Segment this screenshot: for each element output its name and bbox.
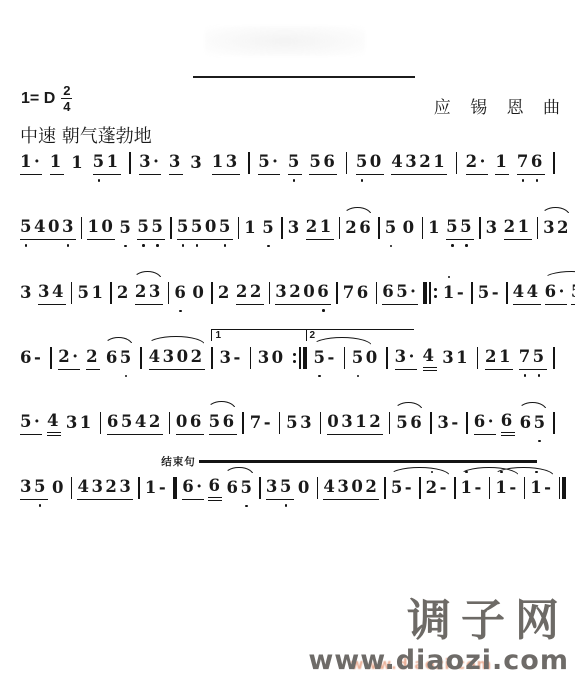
composer-credit: 应 锡 恩 曲 [434, 93, 567, 118]
barline [537, 217, 539, 239]
barline [336, 282, 338, 304]
low-octave-dot [125, 375, 128, 378]
note-token: 0 [298, 477, 312, 499]
bar-thin [376, 282, 378, 304]
barline [259, 477, 261, 499]
low-octave-dot [322, 309, 325, 312]
note-digit: 3 [275, 281, 289, 303]
note-digit: · [409, 346, 417, 368]
note-digit: 2 [306, 216, 320, 238]
note-digit: - [328, 347, 337, 369]
note-digit: 3 [190, 152, 204, 174]
tie-arc [518, 402, 547, 411]
barline [454, 477, 456, 499]
note-digit: 6 [20, 347, 34, 369]
bar-thin [250, 347, 252, 369]
note-digit: · [72, 346, 80, 368]
note-token: 1- [461, 477, 484, 499]
barline [339, 217, 341, 239]
note-digit: 0 [298, 477, 312, 499]
barline [386, 347, 388, 369]
note-digit: 0 [192, 282, 206, 304]
note-digit: 2 [369, 411, 383, 433]
note-digit: 3 [288, 217, 302, 239]
note-digit: 7 [343, 282, 357, 304]
note-token: 32 [543, 217, 571, 239]
note-digit: 5 [93, 151, 107, 173]
note-digit: - [440, 477, 449, 499]
note-token: 26 [345, 217, 373, 239]
bar-thin [168, 282, 170, 304]
low-octave-dot [124, 245, 127, 248]
barline [269, 282, 271, 304]
note-token: 30 [258, 347, 286, 369]
bar-thin [346, 152, 348, 174]
coda-label: 结束句 [161, 454, 537, 469]
note-digit: 3 [543, 217, 557, 239]
note-digit: 5 [137, 216, 151, 238]
repeat-dots [434, 288, 437, 298]
note-token: 1 [50, 151, 64, 174]
barline [384, 477, 386, 499]
barline [169, 412, 171, 434]
note-token: 0 [403, 217, 417, 239]
note-digit: 1 [50, 151, 64, 173]
bar-thin [71, 477, 73, 499]
bar-thin [100, 412, 102, 434]
note-digit: 3 [226, 151, 240, 173]
barline [211, 282, 213, 304]
meter-numerator: 2 [61, 84, 72, 99]
bar-thin [110, 282, 112, 304]
time-signature: 2 4 [61, 84, 72, 113]
note-digit: 3 [442, 347, 456, 369]
note-token: 1 [495, 151, 509, 174]
note-token: 76 [517, 151, 545, 174]
bar-thin [344, 347, 346, 369]
note-digit: 4 [149, 346, 163, 368]
note-digit: 5 [288, 151, 302, 173]
low-octave-dot [538, 440, 541, 443]
note-digit: · [410, 281, 418, 303]
note-token: 3-1 [219, 347, 242, 369]
low-octave-dot [451, 244, 454, 247]
note-digit: 2 [504, 216, 518, 238]
tie-arc [207, 401, 236, 410]
note-digit: - [492, 282, 501, 304]
note-digit: · [272, 151, 280, 173]
sheet-music-page: 1= D 2 4 应 锡 恩 曲 中速 朝气蓬勃地 1·11513·33135·… [0, 0, 575, 678]
low-octave-dot [522, 179, 525, 182]
note-digit: 5 [177, 216, 191, 238]
note-token: 2· [466, 151, 488, 174]
note-token: 4302 [149, 346, 205, 369]
barline [553, 347, 555, 369]
barline [477, 347, 479, 369]
note-digit: 0 [48, 216, 62, 238]
note-token: 3· [395, 346, 417, 369]
note-digit: 7 [519, 346, 533, 368]
barline [479, 217, 481, 239]
note-token: 65 [106, 347, 134, 369]
note-digit: 5 [478, 282, 492, 304]
note-digit: 1 [433, 151, 447, 173]
tie-arc [133, 271, 162, 280]
note-token: 5 [119, 217, 133, 239]
repeat-dot [434, 288, 437, 291]
note-token: 3 [190, 152, 204, 174]
note-token: 44 [513, 281, 541, 304]
note-token: 50 [352, 347, 380, 369]
note-digit: 5 [309, 151, 323, 173]
title-underline [193, 76, 415, 78]
note-token: 2- [426, 477, 449, 499]
low-octave-dot [536, 179, 539, 182]
note-digit: 5 [460, 216, 474, 238]
bar-thin [384, 477, 386, 499]
note-token: 2· [58, 346, 80, 369]
bar-thin [317, 477, 319, 499]
note-digit: 4 [77, 476, 91, 498]
barline [129, 152, 131, 174]
watermark: 调子网 www.diaozi.com www.diaozi.com [308, 597, 569, 676]
bar-thin [248, 152, 250, 174]
low-octave-dot [179, 310, 182, 313]
low-octave-dot [390, 245, 393, 248]
note-digit: 5 [571, 281, 575, 303]
note-digit: 1 [461, 477, 475, 499]
note-token: 65 [226, 477, 254, 499]
note-token: 3206 [275, 281, 331, 304]
note-token: 1- [530, 477, 553, 499]
note-digit: 2 [149, 411, 163, 433]
note-token: 3 [169, 151, 183, 174]
note-digit: 6 [174, 282, 188, 304]
note-digit: 1 [71, 152, 85, 174]
low-octave-dot [196, 244, 199, 247]
note-digit: 3 [219, 347, 233, 369]
note-token: 6· [182, 476, 204, 499]
note-digit: · [196, 476, 204, 498]
repeat-dots [293, 353, 296, 363]
note-digit: 3 [437, 412, 451, 434]
note-token: 34 [38, 281, 66, 304]
note-token: 5403 [20, 216, 76, 239]
note-token: 21 [306, 216, 334, 239]
note-digit: 5 [385, 217, 399, 239]
barline [211, 347, 213, 369]
note-digit: 0 [52, 477, 66, 499]
bar-thin [378, 217, 380, 239]
note-digit: 3 [266, 476, 280, 498]
note-digit: - [34, 347, 43, 369]
barline [138, 477, 140, 499]
note-digit: 5 [258, 151, 272, 173]
barline [100, 412, 102, 434]
note-token: 1 [244, 217, 258, 239]
bar-thick [303, 347, 307, 369]
barline [140, 347, 142, 369]
note-digit: 1 [244, 217, 258, 239]
barline [376, 282, 378, 304]
tie-arc [543, 271, 575, 280]
note-token: 2 [117, 282, 131, 304]
barline [71, 282, 73, 304]
barline [378, 217, 380, 239]
bar-thin [456, 152, 458, 174]
note-digit: 5 [120, 347, 134, 369]
note-digit: 4 [47, 410, 61, 432]
note-digit: 2 [86, 346, 100, 368]
note-token: 65· [382, 281, 418, 304]
note-digit: - [509, 477, 518, 499]
note-digit: 2 [191, 346, 205, 368]
note-digit: 4 [52, 281, 66, 303]
bar-thin [279, 412, 281, 434]
bar-thin [553, 412, 555, 434]
note-token: 1- [495, 477, 518, 499]
note-token: 6 [208, 475, 222, 501]
note-digit: · [34, 411, 42, 433]
bar-thin [140, 347, 142, 369]
repeat-dot [293, 353, 296, 356]
high-octave-dot [448, 276, 451, 279]
note-digit: 7 [517, 151, 531, 173]
note-token: 55 [446, 216, 474, 239]
note-digit: 4 [391, 151, 405, 173]
note-digit: 5 [534, 412, 548, 434]
note-digit: 5 [396, 281, 410, 303]
note-digit: 1 [80, 412, 94, 434]
music-line: 5·431654206567-530312563-6·665 [18, 410, 558, 436]
barline [346, 152, 348, 174]
music-line: 54031055555051532126501553213220 [18, 215, 558, 241]
note-token: 5- [478, 282, 501, 304]
bar-thick [173, 477, 177, 499]
note-digit: 3 [38, 281, 52, 303]
note-digit: 6 [106, 347, 120, 369]
coda-label-text: 结束句 [161, 454, 196, 469]
note-token: 23 [135, 281, 163, 304]
bar-thin [138, 477, 140, 499]
volta-bracket: 1 [211, 329, 319, 341]
note-token: 4302 [323, 476, 379, 499]
note-token: 21 [485, 346, 513, 369]
note-digit: 3 [395, 346, 409, 368]
note-token: 31 [442, 347, 470, 369]
barline [170, 217, 172, 239]
note-digit: 6 [317, 281, 331, 303]
note-token: 5 [385, 217, 399, 239]
music-line: 1·11513·33135·5565043212·176 [18, 150, 558, 176]
low-octave-dot [25, 244, 28, 247]
key-tonic: 1= D [21, 90, 55, 108]
note-token: 4323 [77, 476, 133, 499]
bar-thin [429, 282, 431, 304]
bar-thin [211, 282, 213, 304]
meter-denominator: 4 [63, 99, 70, 113]
note-token: 1· [20, 151, 42, 174]
barline [320, 412, 322, 434]
note-digit: 1 [518, 216, 532, 238]
note-digit: 0 [303, 281, 317, 303]
barline [110, 282, 112, 304]
barline [279, 412, 281, 434]
barline [81, 217, 83, 239]
bar-thin [466, 412, 468, 434]
note-token: 5 [262, 217, 276, 239]
note-digit: 2 [289, 281, 303, 303]
note-digit: 1 [495, 477, 509, 499]
note-token: 6· [545, 281, 567, 304]
bar-thin [430, 412, 432, 434]
low-octave-dot [142, 244, 145, 247]
note-digit: 2 [135, 281, 149, 303]
barline [71, 477, 73, 499]
tie-arc [541, 207, 570, 216]
note-digit: · [153, 151, 161, 173]
note-token: 3 [288, 217, 302, 239]
watermark-url: www.diaozi.com [308, 645, 569, 676]
barline [419, 477, 421, 499]
note-digit: 2 [345, 217, 359, 239]
bar-thin [211, 347, 213, 369]
note-digit: 2 [557, 217, 571, 239]
note-digit: 5 [77, 282, 91, 304]
bar-thin [559, 477, 561, 499]
note-digit: 3 [20, 476, 34, 498]
note-digit: 1 [87, 216, 101, 238]
note-digit: 4 [527, 281, 541, 303]
note-digit: 5 [151, 216, 165, 238]
barline [471, 282, 473, 304]
note-digit: 6 [226, 477, 240, 499]
note-token: 1- [145, 477, 168, 499]
note-digit: 6 [190, 411, 204, 433]
note-digit: 2 [466, 151, 480, 173]
low-octave-dot [182, 244, 185, 247]
note-digit: 0 [177, 346, 191, 368]
bar-thin [419, 477, 421, 499]
high-octave-dot [500, 471, 503, 474]
note-token: 2 [86, 346, 100, 369]
note-token: 22 [236, 281, 264, 304]
note-digit: 5 [352, 347, 366, 369]
note-token: 5· [258, 151, 280, 174]
high-octave-dot [431, 471, 434, 474]
note-token: 1 [71, 152, 85, 174]
low-octave-dot [361, 179, 364, 182]
note-digit: 2 [218, 282, 232, 304]
note-token: 21 [504, 216, 532, 239]
music-line: 6-2·26543023-1305-2503·4312175 [18, 345, 558, 371]
note-digit: 0 [370, 151, 384, 173]
note-digit: 3 [139, 151, 153, 173]
repeat-dot [434, 295, 437, 298]
note-digit: 3 [169, 151, 183, 173]
note-digit: · [488, 411, 496, 433]
bar-thin [537, 217, 539, 239]
low-octave-dot [524, 374, 527, 377]
note-digit: 6 [410, 412, 424, 434]
coda-extension-line [199, 460, 537, 463]
note-digit: 4 [135, 411, 149, 433]
note-digit: 2 [426, 477, 440, 499]
erased-title-ghost [205, 26, 365, 56]
note-digit: 3 [258, 347, 272, 369]
note-token: 6 [174, 282, 188, 304]
barline [168, 282, 170, 304]
tie-arc [394, 402, 423, 411]
note-digit: 1 [107, 151, 121, 173]
barline [422, 217, 424, 239]
note-digit: 0 [366, 347, 380, 369]
note-token: 6- [20, 347, 43, 369]
bar-thin [506, 282, 508, 304]
high-octave-dot [535, 471, 538, 474]
note-token: 3- [437, 412, 460, 434]
note-token: 4 [47, 410, 61, 436]
note-digit: 6 [501, 410, 515, 432]
note-digit: 3 [405, 151, 419, 173]
bar-thin [320, 412, 322, 434]
note-digit: · [34, 151, 42, 173]
note-digit: 6 [520, 412, 534, 434]
note-digit: 0 [403, 217, 417, 239]
note-digit: 3 [341, 411, 355, 433]
note-token: 3 [20, 282, 34, 304]
note-digit: 2 [105, 476, 119, 498]
low-octave-dot [538, 374, 541, 377]
barline [317, 477, 319, 499]
note-token: 2 [218, 282, 232, 304]
note-token: 0 [52, 477, 66, 499]
note-digit: 3 [300, 412, 314, 434]
bar-thin [489, 477, 491, 499]
note-token: 5 [571, 281, 575, 304]
bar-thin [471, 282, 473, 304]
note-token: 5· [20, 411, 42, 434]
note-digit: 1 [20, 151, 34, 173]
low-octave-dot [67, 244, 70, 247]
note-digit: 1 [320, 216, 334, 238]
bar-thin [477, 347, 479, 369]
bar-thin [422, 217, 424, 239]
bar-thin [259, 477, 261, 499]
note-digit: 6 [357, 282, 371, 304]
tie-arc [147, 336, 205, 345]
bar-thin [170, 217, 172, 239]
note-digit: 3 [119, 476, 133, 498]
note-digit: 4 [513, 281, 527, 303]
note-token: 53 [286, 412, 314, 434]
note-digit: 2 [236, 281, 250, 303]
note-token: 31 [66, 412, 94, 434]
barline [238, 217, 240, 239]
note-digit: 3 [62, 216, 76, 238]
note-token: 4 [423, 345, 437, 371]
note-digit: 5 [34, 476, 48, 498]
barline: 结束句 [173, 477, 177, 499]
note-token: 35 [20, 476, 48, 499]
low-octave-dot [318, 375, 321, 378]
note-digit: - [405, 477, 414, 499]
note-digit: 0 [327, 411, 341, 433]
bar-thin [553, 152, 555, 174]
note-digit: 3 [486, 217, 500, 239]
bar-thin [454, 477, 456, 499]
note-digit: 1 [355, 411, 369, 433]
